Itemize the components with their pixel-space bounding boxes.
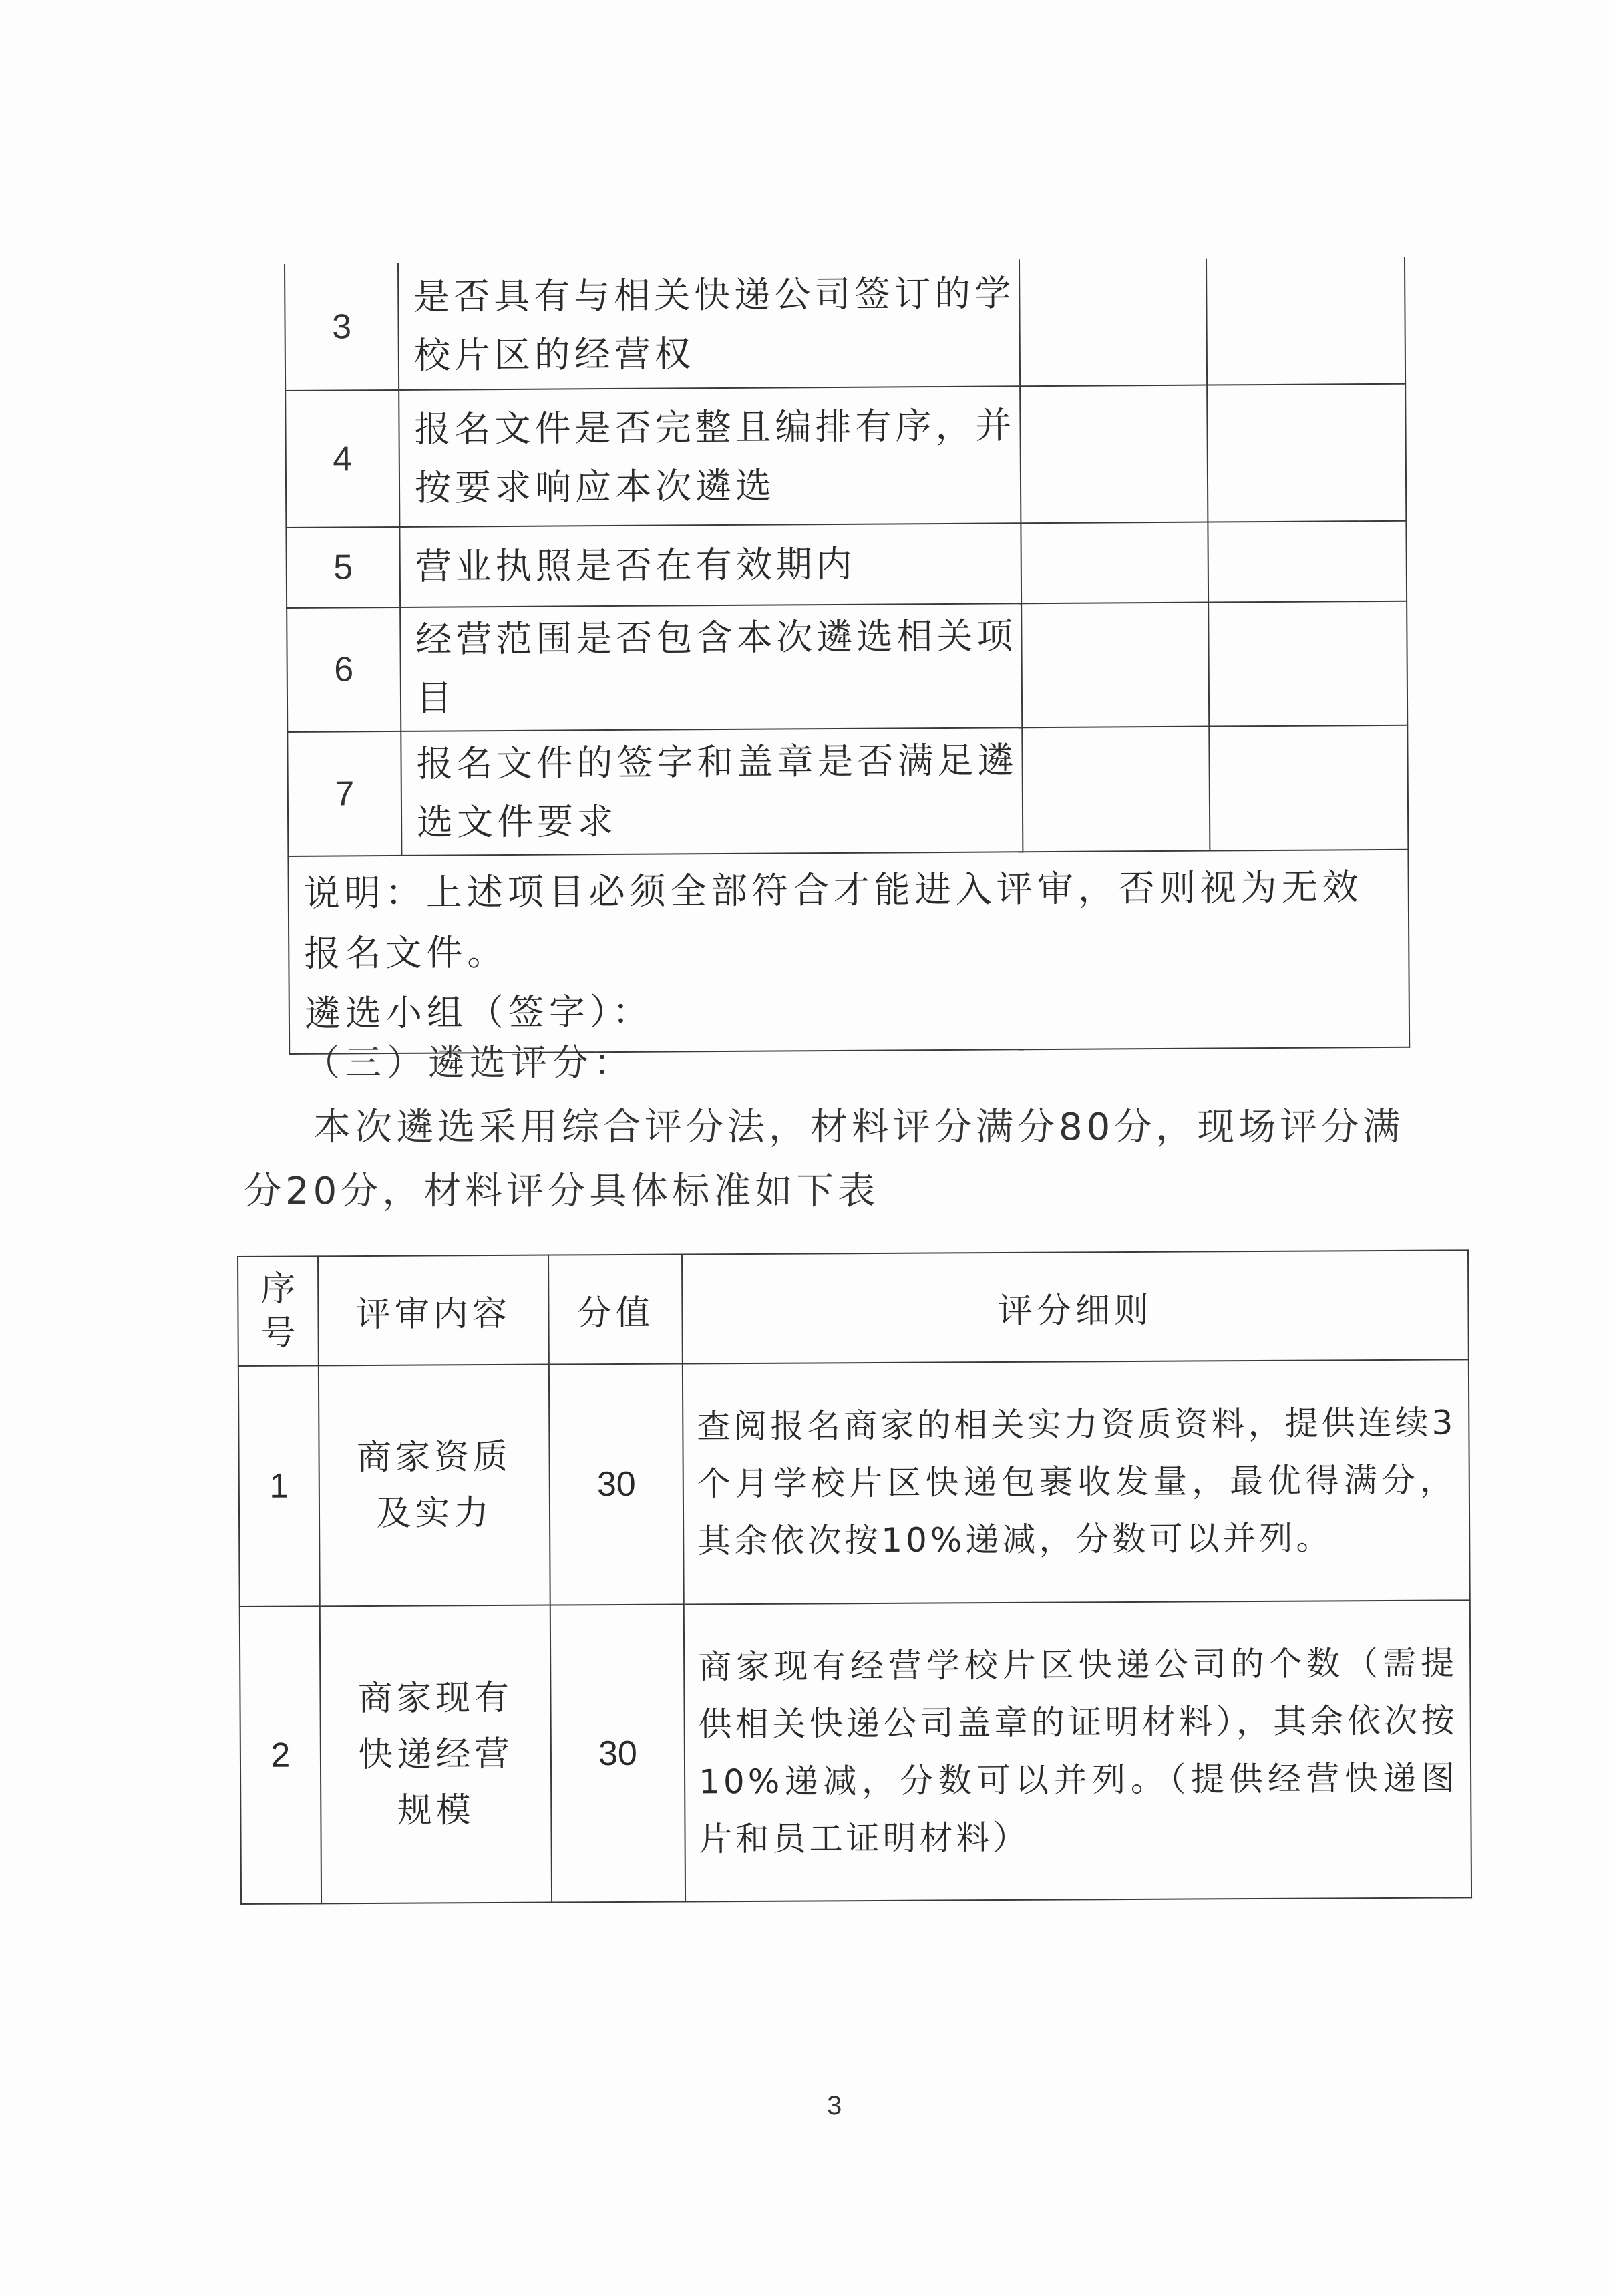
notes-description: 说明：上述项目必须全部符合才能进入评审，否则视为无效报名文件。	[303, 857, 1396, 984]
check-cell	[1208, 521, 1407, 603]
section-heading: （三）遴选评分：	[304, 1034, 635, 1086]
qualification-checklist-table: 3 是否具有与相关快递公司签订的学校片区的经营权 4 报名文件是否完整且编排有序…	[284, 257, 1410, 1055]
row-seq: 2	[240, 1606, 321, 1904]
row-score: 30	[550, 1605, 685, 1903]
header-score: 分值	[548, 1255, 683, 1365]
row-number: 6	[287, 607, 401, 732]
table-row: 2 商家现有快递经营规模 30 商家现有经营学校片区快递公司的个数（需提供相关快…	[240, 1600, 1471, 1904]
check-cell	[1208, 601, 1407, 727]
checklist-item: 报名文件的签字和盖章是否满足遴选文件要求	[401, 727, 1023, 856]
document-page: 3 是否具有与相关快递公司签订的学校片区的经营权 4 报名文件是否完整且编排有序…	[0, 0, 1609, 2296]
checklist-row: 5 营业执照是否在有效期内	[286, 521, 1407, 608]
check-cell	[1022, 727, 1210, 852]
checklist-row: 6 经营范围是否包含本次遴选相关项目	[287, 601, 1407, 732]
checklist-row: 7 报名文件的签字和盖章是否满足遴选文件要求	[287, 725, 1408, 856]
table-header-row: 序号 评审内容 分值 评分细则	[238, 1250, 1469, 1366]
check-cell	[1021, 603, 1209, 728]
table-row: 1 商家资质及实力 30 查阅报名商家的相关实力资质资料，提供连续3个月学校片区…	[238, 1359, 1470, 1607]
check-cell	[1207, 384, 1406, 522]
row-content-text: 商家资质及实力	[341, 1429, 528, 1542]
checklist-row: 4 报名文件是否完整且编排有序，并按要求响应本次遴选	[285, 384, 1406, 528]
checklist-item: 是否具有与相关快递公司签订的学校片区的经营权	[398, 259, 1020, 390]
header-seq: 序号	[238, 1256, 319, 1366]
row-detail: 查阅报名商家的相关实力资质资料，提供连续3个月学校片区快递包裹收发量，最优得满分…	[683, 1359, 1470, 1604]
check-cell	[1020, 385, 1208, 524]
notes-row: 说明：上述项目必须全部符合才能进入评审，否则视为无效报名文件。 遴选小组（签字）…	[288, 850, 1409, 1054]
header-content: 评审内容	[318, 1255, 549, 1366]
check-cell	[1209, 725, 1408, 851]
row-number: 5	[286, 527, 400, 608]
checklist-row: 3 是否具有与相关快递公司签订的学校片区的经营权	[285, 257, 1405, 391]
notes-cell: 说明：上述项目必须全部符合才能进入评审，否则视为无效报名文件。 遴选小组（签字）…	[288, 850, 1409, 1054]
checklist-item: 营业执照是否在有效期内	[399, 523, 1021, 607]
check-cell	[1206, 257, 1405, 385]
checklist-item: 报名文件是否完整且编排有序，并按要求响应本次遴选	[399, 386, 1021, 527]
row-content: 商家现有快递经营规模	[320, 1605, 552, 1904]
row-content: 商家资质及实力	[319, 1365, 550, 1607]
row-score: 30	[549, 1364, 684, 1605]
row-content-text: 商家现有快递经营规模	[342, 1669, 530, 1838]
checklist-item: 经营范围是否包含本次遴选相关项目	[400, 603, 1022, 731]
row-number: 3	[285, 263, 399, 391]
page-number: 3	[827, 2091, 842, 2121]
row-seq: 1	[238, 1365, 320, 1607]
header-seq-label: 序号	[258, 1267, 299, 1355]
row-number: 7	[287, 731, 401, 856]
row-detail: 商家现有经营学校片区快递公司的个数（需提供相关快递公司盖章的证明材料），其余依次…	[684, 1600, 1471, 1901]
check-cell	[1021, 522, 1208, 604]
scoring-criteria-table: 序号 评审内容 分值 评分细则 1 商家资质及实力 30 查阅报名商家的相关实力…	[237, 1249, 1472, 1905]
check-cell	[1019, 259, 1207, 387]
section-paragraph: 本次遴选采用综合评分法，材料评分满分80分，现场评分满分20分，材料评分具体标准…	[244, 1096, 1419, 1224]
row-number: 4	[285, 390, 399, 528]
header-detail: 评分细则	[682, 1250, 1469, 1363]
